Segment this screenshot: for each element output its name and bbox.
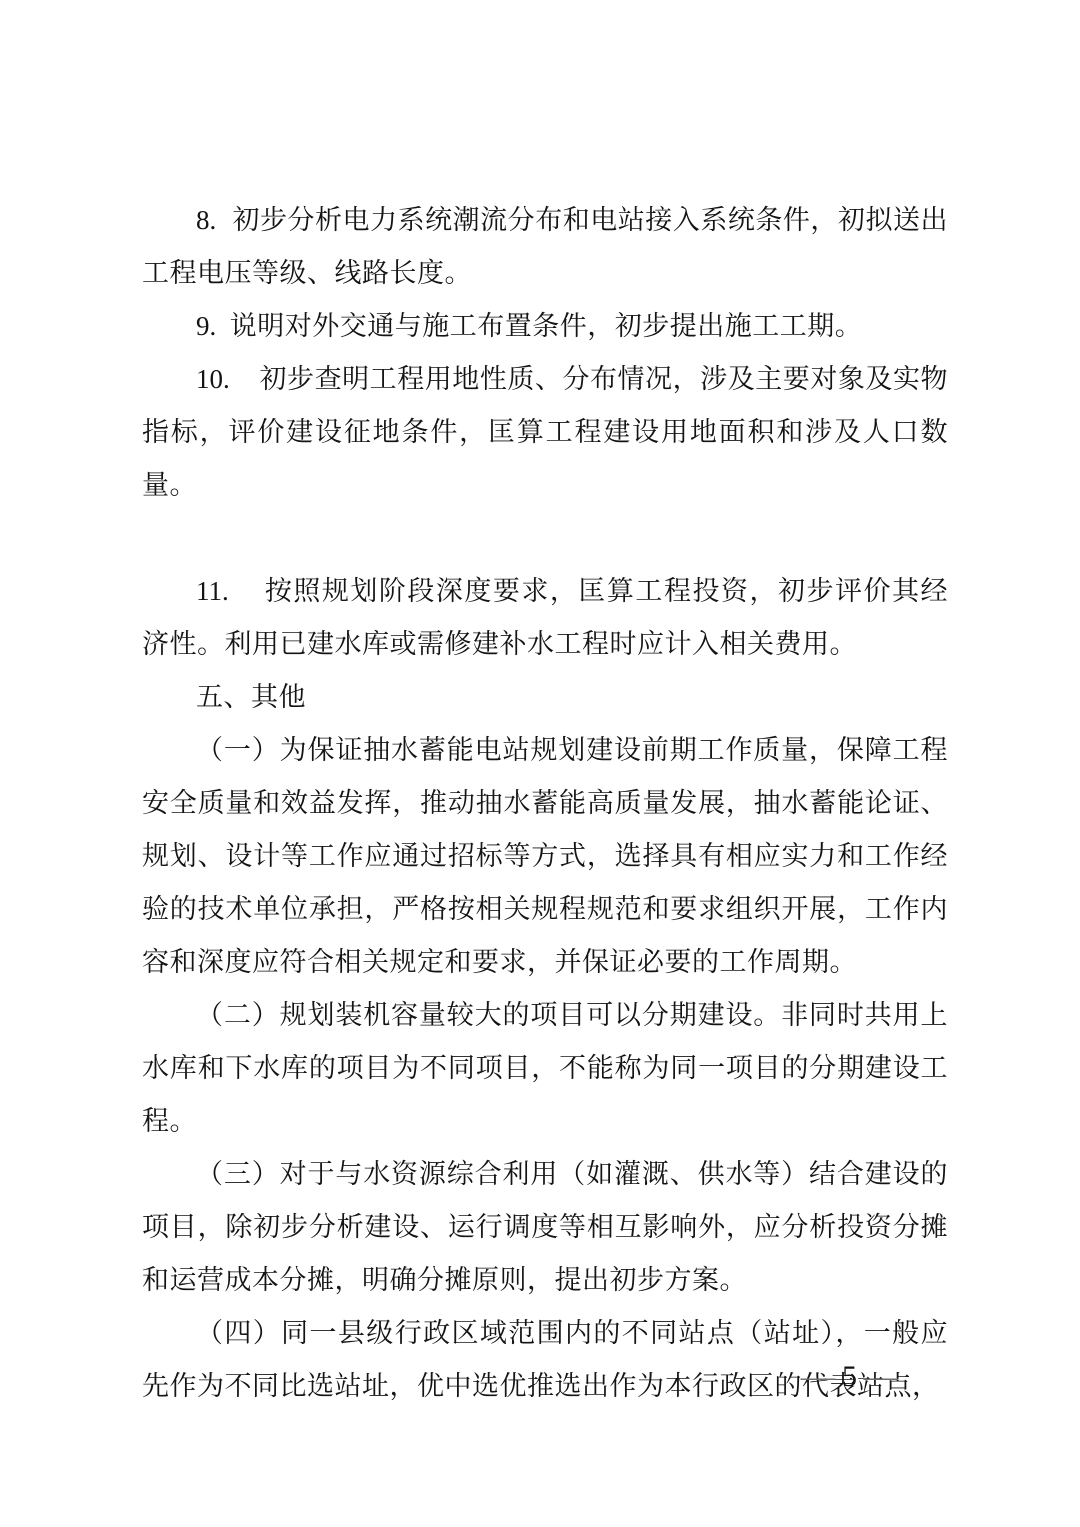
paragraph: （二）规划装机容量较大的项目可以分期建设。非同时共用上水库和下水库的项目为不同项… [142,989,948,1148]
item-number: 11. [196,576,229,606]
paragraph-text: （三）对于与水资源综合利用（如灌溉、供水等）结合建设的项目，除初步分析建设、运行… [142,1159,948,1295]
document-page: 8.初步分析电力系统潮流分布和电站接入系统条件，初拟送出工程电压等级、线路长度。… [0,0,1080,1527]
paragraph: （三）对于与水资源综合利用（如灌溉、供水等）结合建设的项目，除初步分析建设、运行… [142,1148,948,1307]
paragraph-text: 说明对外交通与施工布置条件，初步提出施工工期。 [230,311,863,341]
item-number: 9. [196,311,216,341]
paragraph-text: （二）规划装机容量较大的项目可以分期建设。非同时共用上水库和下水库的项目为不同项… [142,1000,948,1136]
footer-right-dash: — [864,1356,899,1398]
paragraph-text: （一）为保证抽水蓄能电站规划建设前期工作质量，保障工程安全质量和效益发挥，推动抽… [142,735,948,977]
paragraph: 8.初步分析电力系统潮流分布和电站接入系统条件，初拟送出工程电压等级、线路长度。 [142,194,948,300]
paragraph: 9.说明对外交通与施工布置条件，初步提出施工工期。 [142,300,948,353]
paragraph-text: 初步查明工程用地性质、分布情况，涉及主要对象及实物指标，评价建设征地条件，匡算工… [142,364,948,500]
item-number: 8. [196,205,216,235]
paragraph: （一）为保证抽水蓄能电站规划建设前期工作质量，保障工程安全质量和效益发挥，推动抽… [142,724,948,989]
paragraph: 10.初步查明工程用地性质、分布情况，涉及主要对象及实物指标，评价建设征地条件，… [142,353,948,512]
page-number: 5 [842,1356,857,1398]
paragraph-text: 按照规划阶段深度要求，匡算工程投资，初步评价其经济性。利用已建水库或需修建补水工… [142,576,948,659]
paragraph-text: 初步分析电力系统潮流分布和电站接入系统条件，初拟送出工程电压等级、线路长度。 [142,205,948,288]
page-footer: — 5 — [803,1356,896,1398]
paragraph-text: 五、其他 [196,682,306,712]
paragraph: 11.按照规划阶段深度要求，匡算工程投资，初步评价其经济性。利用已建水库或需修建… [142,565,948,671]
footer-left-dash: — [801,1356,836,1398]
paragraph: 五、其他 [142,671,948,724]
item-number: 10. [196,364,230,394]
document-body: 8.初步分析电力系统潮流分布和电站接入系统条件，初拟送出工程电压等级、线路长度。… [142,194,948,1413]
